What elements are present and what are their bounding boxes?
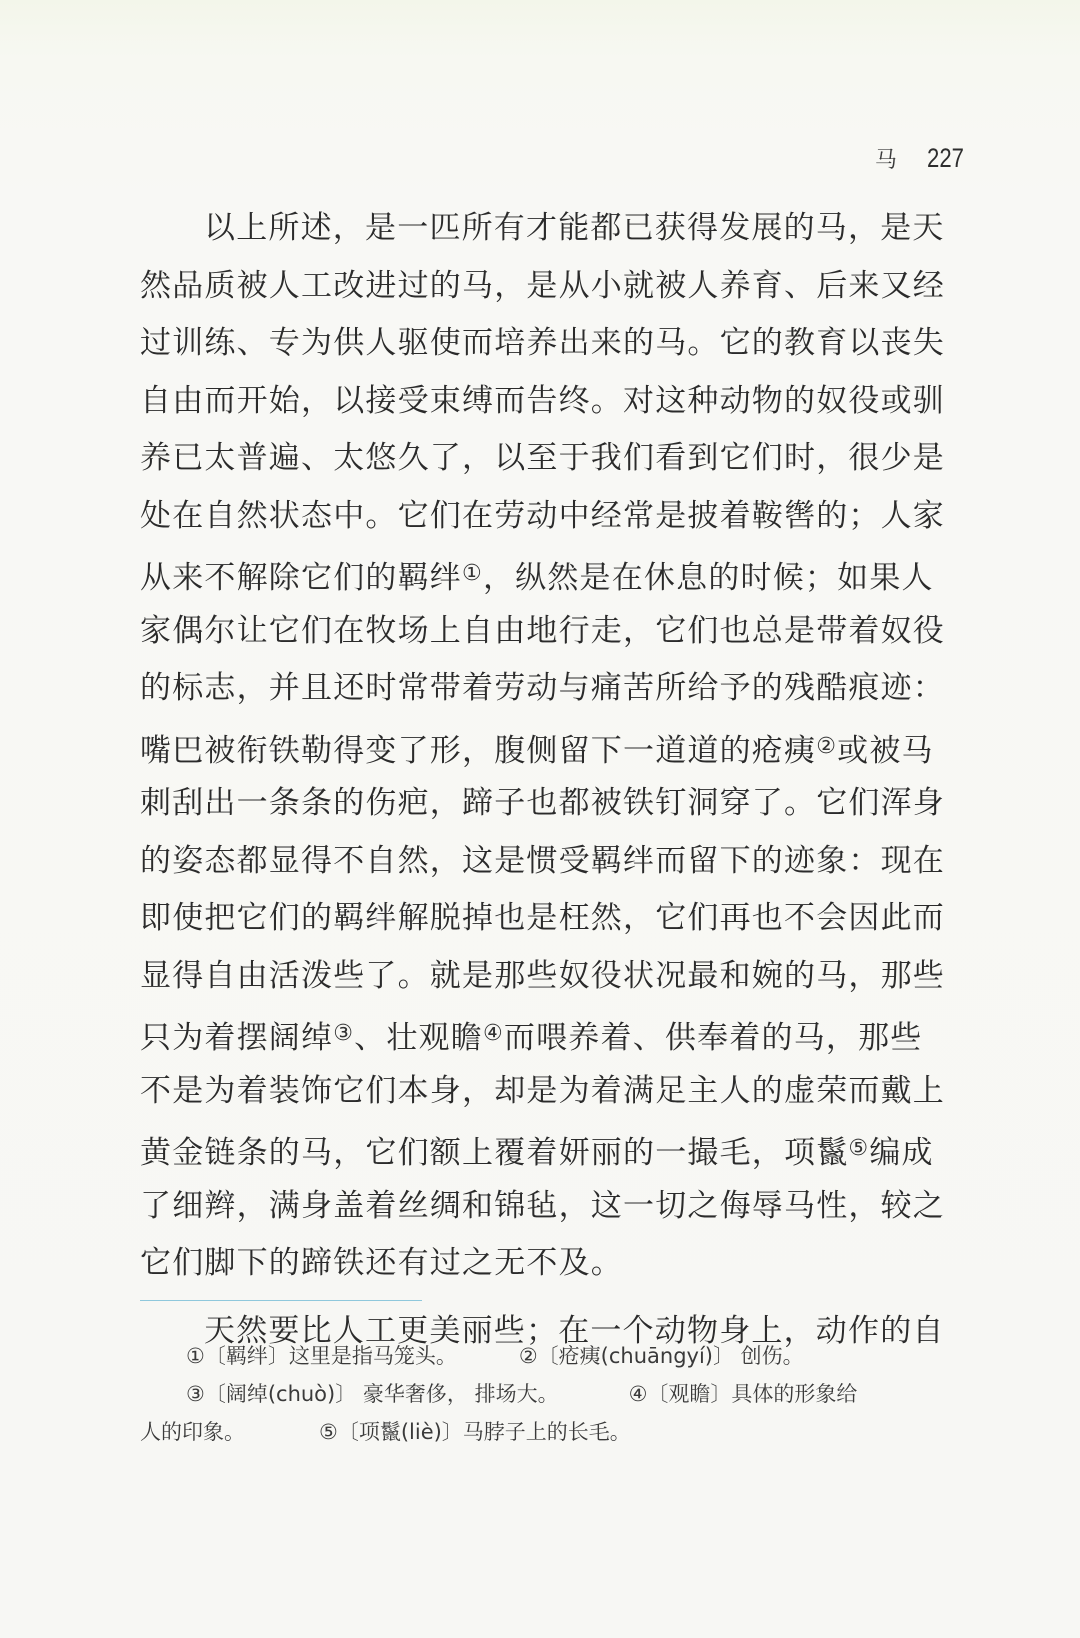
paragraph-1: 以上所述，是一匹所有才能都已获得发展的马，是天 然品质被人工改进过的马，是从小就…: [140, 200, 990, 1293]
footnote-ref-5[interactable]: ⑤: [848, 1136, 869, 1161]
text-segment: ，纵然是在休息的时候；如果人: [483, 560, 934, 596]
text-segment: 编成: [869, 1135, 933, 1171]
footnote-3: ③〔阔绰(chuò)〕 豪华奢侈， 排场大。: [186, 1375, 559, 1413]
footnote-text: 〔阔绰(chuò)〕 豪华奢侈， 排场大。: [205, 1382, 559, 1406]
text-line: 家偶尔让它们在牧场上自由地行走，它们也总是带着奴役: [140, 603, 990, 661]
text-line: 养已太普遍、太悠久了，以至于我们看到它们时，很少是: [140, 430, 990, 488]
text-segment: 、壮观瞻: [354, 1020, 483, 1056]
text-segment: 嘴巴被衔铁勒得变了形，腹侧留下一道道的疮痍: [140, 733, 816, 769]
footnote-line: ③〔阔绰(chuò)〕 豪华奢侈， 排场大。 ④〔观瞻〕具体的形象给: [186, 1375, 1006, 1413]
text-line: 自由而开始，以接受束缚而告终。对这种动物的奴役或驯: [140, 373, 990, 431]
text-line: 从来不解除它们的羁绊①，纵然是在休息的时候；如果人: [140, 545, 990, 603]
footnote-text: 〔项鬣(liè)〕马脖子上的长毛。: [338, 1420, 631, 1444]
footnote-text: 〔羁绊〕这里是指马笼头。: [205, 1344, 457, 1368]
text-segment: 只为着摆阔绰: [140, 1020, 333, 1056]
footnote-marker: ③: [186, 1382, 205, 1406]
text-line: 嘴巴被衔铁勒得变了形，腹侧留下一道道的疮痍②或被马: [140, 718, 990, 776]
spacer: [245, 1413, 319, 1451]
footnote-marker: ④: [629, 1382, 648, 1406]
footnote-4-continuation: 人的印象。: [140, 1413, 245, 1451]
footnote-line: ①〔羁绊〕这里是指马笼头。 ②〔疮痍(chuāngyí)〕 创伤。: [186, 1337, 1006, 1375]
text-line: 刺刮出一条条的伤疤，蹄子也都被铁钉洞穿了。它们浑身: [140, 775, 990, 833]
footnote-4: ④〔观瞻〕具体的形象给: [629, 1375, 858, 1413]
footnotes: ①〔羁绊〕这里是指马笼头。 ②〔疮痍(chuāngyí)〕 创伤。 ③〔阔绰(c…: [186, 1337, 1006, 1451]
text-line: 处在自然状态中。它们在劳动中经常是披着鞍辔的；人家: [140, 488, 990, 546]
chapter-title: 马: [875, 143, 897, 174]
text-line: 它们脚下的蹄铁还有过之无不及。: [140, 1235, 990, 1293]
footnote-ref-1[interactable]: ①: [462, 561, 483, 586]
paragraph-spacer: [140, 1293, 990, 1303]
text-line: 过训练、专为供人驱使而培养出来的马。它的教育以丧失: [140, 315, 990, 373]
text-line: 了细辫，满身盖着丝绸和锦毡，这一切之侮辱马性，较之: [140, 1178, 990, 1236]
text-segment: 黄金链条的马，它们额上覆着妍丽的一撮毛，项鬣: [140, 1135, 848, 1171]
page-number: 227: [927, 143, 964, 174]
text-line: 以上所述，是一匹所有才能都已获得发展的马，是天: [140, 200, 990, 258]
text-segment: 从来不解除它们的羁绊: [140, 560, 462, 596]
text-line: 黄金链条的马，它们额上覆着妍丽的一撮毛，项鬣⑤编成: [140, 1120, 990, 1178]
text-line: 即使把它们的羁绊解脱掉也是枉然，它们再也不会因此而: [140, 890, 990, 948]
footnote-1: ①〔羁绊〕这里是指马笼头。: [186, 1337, 457, 1375]
text-segment: 而喂养着、供奉着的马，那些: [504, 1020, 923, 1056]
footnote-line: 人的印象。 ⑤〔项鬣(liè)〕马脖子上的长毛。: [140, 1413, 1006, 1451]
footnote-marker: ②: [519, 1344, 538, 1368]
text-segment: 或被马: [837, 733, 934, 769]
text-line: 不是为着装饰它们本身，却是为着满足主人的虚荣而戴上: [140, 1063, 990, 1121]
spacer: [559, 1375, 629, 1413]
footnote-ref-2[interactable]: ②: [816, 734, 837, 759]
footnote-ref-3[interactable]: ③: [333, 1021, 354, 1046]
footnote-marker: ①: [186, 1344, 205, 1368]
text-line: 显得自由活泼些了。就是那些奴役状况最和婉的马，那些: [140, 948, 990, 1006]
spacer: [457, 1337, 519, 1375]
footnote-text: 〔观瞻〕具体的形象给: [647, 1382, 857, 1406]
footnote-ref-4[interactable]: ④: [483, 1021, 504, 1046]
book-page: 马 227 以上所述，是一匹所有才能都已获得发展的马，是天 然品质被人工改进过的…: [0, 0, 1080, 1638]
footnote-marker: ⑤: [319, 1420, 338, 1444]
footnote-divider: [140, 1300, 422, 1301]
running-head: 马 227: [875, 143, 972, 174]
footnote-2: ②〔疮痍(chuāngyí)〕 创伤。: [519, 1337, 804, 1375]
text-line: 的标志，并且还时常带着劳动与痛苦所给予的残酷痕迹：: [140, 660, 990, 718]
body-text: 以上所述，是一匹所有才能都已获得发展的马，是天 然品质被人工改进过的马，是从小就…: [140, 200, 990, 1360]
text-line: 的姿态都显得不自然，这是惯受羁绊而留下的迹象：现在: [140, 833, 990, 891]
text-line: 然品质被人工改进过的马，是从小就被人养育、后来又经: [140, 258, 990, 316]
footnote-text: 〔疮痍(chuāngyí)〕 创伤。: [538, 1344, 804, 1368]
text-line: 只为着摆阔绰③、壮观瞻④而喂养着、供奉着的马，那些: [140, 1005, 990, 1063]
footnote-5: ⑤〔项鬣(liè)〕马脖子上的长毛。: [319, 1413, 631, 1451]
